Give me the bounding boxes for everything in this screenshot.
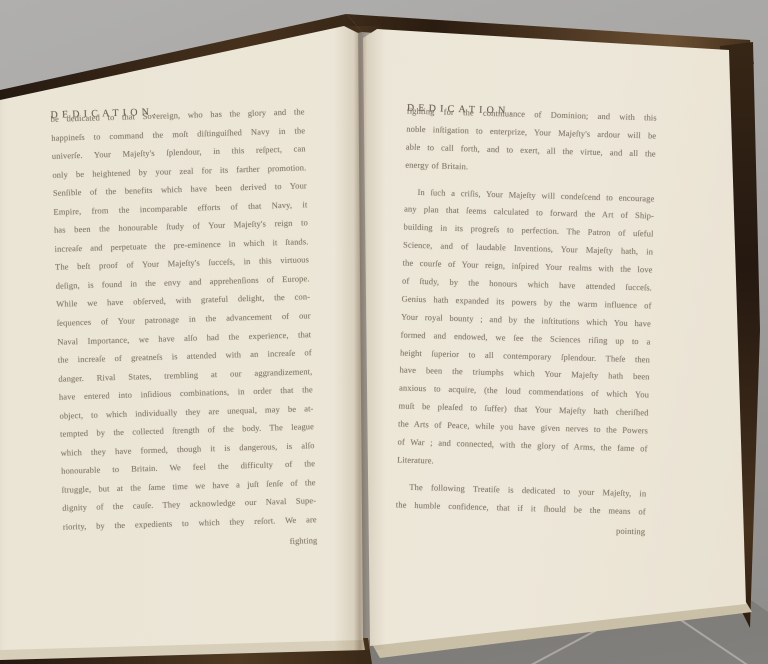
book-gutter-shadow [334,26,386,650]
photo-of-open-book: DEDICATION. be dedicated to that Soverei… [0,0,768,664]
right-page-body: fighting for the continuance of Dominion… [395,103,657,541]
left-page-text: DEDICATION. be dedicated to that Soverei… [50,102,317,556]
right-page-text: DEDICATION. fighting for the continuance… [395,103,657,541]
left-page-body: be dedicated to that Sovereign, who has … [50,102,317,556]
